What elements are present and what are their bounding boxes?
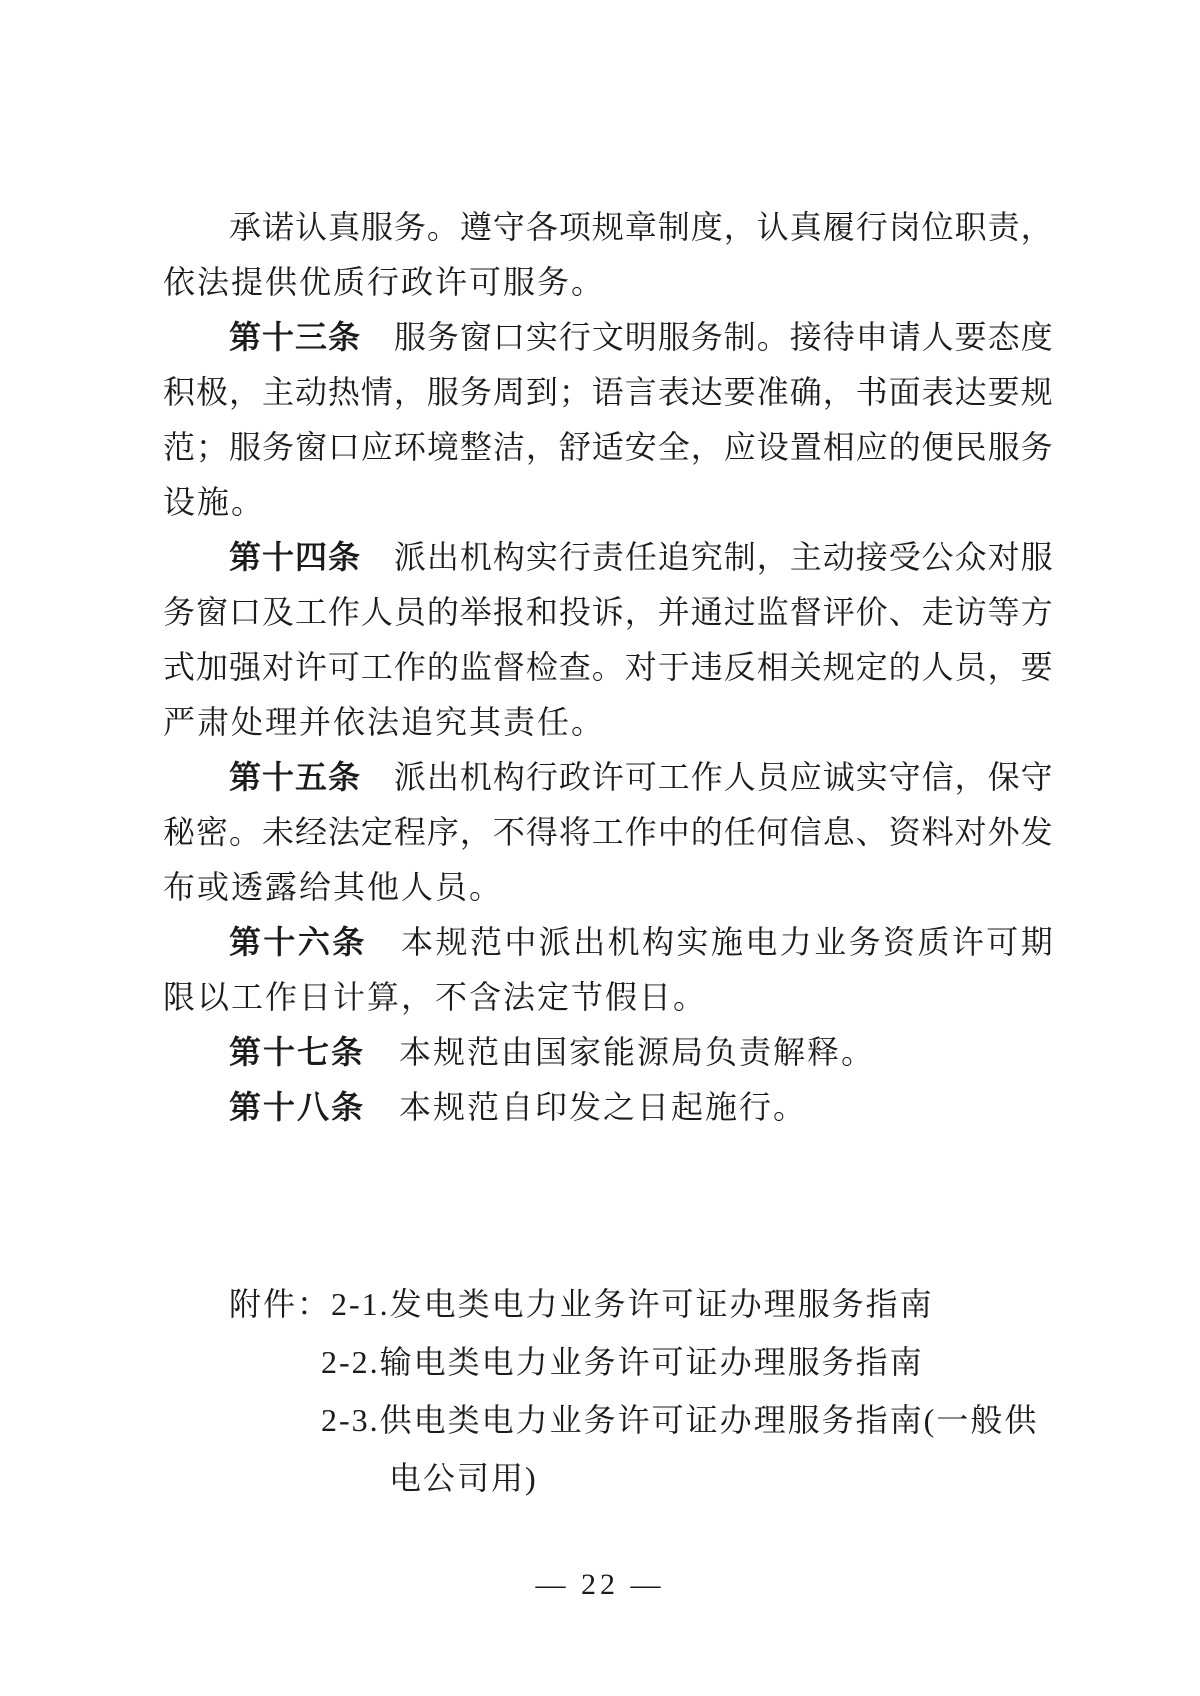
text-line: 依法提供优质行政许可服务。 <box>163 255 1053 310</box>
text-line: 第十四条 派出机构实行责任追究制，主动接受公众对服 <box>163 530 1053 585</box>
text-line: 第十八条 本规范自印发之日起施行。 <box>163 1080 1053 1135</box>
text-line: 第十五条 派出机构行政许可工作人员应诚实守信，保守 <box>163 750 1053 805</box>
text-segment: 依法提供优质行政许可服务。 <box>163 264 605 300</box>
text-line: 2-2.输电类电力业务许可证办理服务指南 <box>163 1333 1053 1391</box>
text-segment: 本规范由国家能源局负责解释。 <box>365 1034 875 1070</box>
text-line: 范；服务窗口应环境整洁，舒适安全，应设置相应的便民服务 <box>163 420 1053 475</box>
text-segment: 限以工作日计算，不含法定节假日。 <box>163 979 707 1015</box>
text-segment: 2-3.供电类电力业务许可证办理服务指南(一般供 <box>321 1402 1038 1438</box>
text-line: 第十七条 本规范由国家能源局负责解释。 <box>163 1025 1053 1080</box>
page-number: — 22 — <box>0 1568 1200 1602</box>
text-segment: 2-2.输电类电力业务许可证办理服务指南 <box>321 1344 924 1380</box>
main-text-block: 承诺认真服务。遵守各项规章制度，认真履行岗位职责，依法提供优质行政许可服务。第十… <box>163 200 1053 1135</box>
text-line: 严肃处理并依法追究其责任。 <box>163 695 1053 750</box>
text-line: 积极，主动热情，服务周到；语言表达要准确，书面表达要规 <box>163 365 1053 420</box>
text-line: 务窗口及工作人员的举报和投诉，并通过监督评价、走访等方 <box>163 585 1053 640</box>
text-line: 承诺认真服务。遵守各项规章制度，认真履行岗位职责， <box>163 200 1053 255</box>
text-line: 设施。 <box>163 475 1053 530</box>
text-line: 限以工作日计算，不含法定节假日。 <box>163 970 1053 1025</box>
text-segment: 第十七条 <box>229 1034 365 1070</box>
text-segment: 电公司用) <box>389 1460 538 1496</box>
text-segment: 严肃处理并依法追究其责任。 <box>163 704 605 740</box>
text-line: 附件：2-1.发电类电力业务许可证办理服务指南 <box>163 1275 1053 1333</box>
text-line: 2-3.供电类电力业务许可证办理服务指南(一般供 <box>163 1391 1053 1449</box>
text-line: 布或透露给其他人员。 <box>163 860 1053 915</box>
text-segment: 设施。 <box>163 484 265 520</box>
document-body: 承诺认真服务。遵守各项规章制度，认真履行岗位职责，依法提供优质行政许可服务。第十… <box>163 200 1053 1507</box>
text-segment: 布或透露给其他人员。 <box>163 869 503 905</box>
text-line: 秘密。未经法定程序，不得将工作中的任何信息、资料对外发 <box>163 805 1053 860</box>
text-segment: 附件：2-1.发电类电力业务许可证办理服务指南 <box>229 1286 934 1322</box>
text-line: 式加强对许可工作的监督检查。对于违反相关规定的人员，要 <box>163 640 1053 695</box>
document-page: 承诺认真服务。遵守各项规章制度，认真履行岗位职责，依法提供优质行政许可服务。第十… <box>0 0 1200 1696</box>
text-line: 第十三条 服务窗口实行文明服务制。接待申请人要态度 <box>163 310 1053 365</box>
attachments-block: 附件：2-1.发电类电力业务许可证办理服务指南2-2.输电类电力业务许可证办理服… <box>163 1275 1053 1507</box>
text-segment: 本规范自印发之日起施行。 <box>365 1089 807 1125</box>
text-segment: 第十八条 <box>229 1089 365 1125</box>
text-line: 第十六条 本规范中派出机构实施电力业务资质许可期 <box>163 915 1053 970</box>
text-line: 电公司用) <box>163 1449 1053 1507</box>
